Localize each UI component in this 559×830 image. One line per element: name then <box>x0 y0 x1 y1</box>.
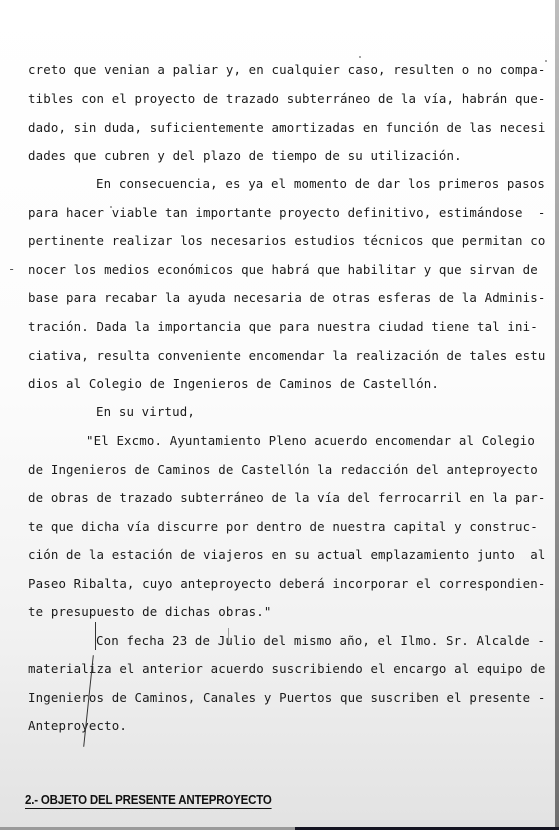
text-line: dades que cubren y del plazo de tiempo d… <box>28 148 462 164</box>
text-line: ción de la estación de viajeros en su ac… <box>28 547 545 563</box>
text-line: En su virtud, <box>96 404 195 420</box>
pencil-mark <box>228 628 229 644</box>
text-line: Ingenieros de Caminos, Canales y Puertos… <box>28 690 545 706</box>
text-line: nocer los medios económicos que habrá qu… <box>28 262 538 278</box>
text-line: dado, sin duda, suficientemente amortiza… <box>28 120 545 136</box>
text-line: materializa el anterior acuerdo suscribi… <box>28 661 545 677</box>
text-line: "El Excmo. Ayuntamiento Pleno acuerdo en… <box>86 433 535 449</box>
text-line: En consecuencia, es ya el momento de dar… <box>96 176 545 192</box>
text-line: para hacer viable tan importante proyect… <box>28 205 545 221</box>
text-line: de Ingenieros de Caminos de Castellón la… <box>28 462 538 478</box>
text-line: de obras de trazado subterráneo de la ví… <box>28 490 545 506</box>
text-line: Paseo Ribalta, cuyo anteproyecto deberá … <box>28 576 545 592</box>
text-line: Anteproyecto. <box>28 718 127 734</box>
text-line: Con fecha 23 de Julio del mismo año, el … <box>96 633 545 649</box>
text-line: dios al Colegio de Ingenieros de Caminos… <box>28 376 439 392</box>
text-line: creto que venian a paliar y, en cualquie… <box>28 62 545 78</box>
text-line: tibles con el proyecto de trazado subter… <box>28 91 545 107</box>
scan-speck <box>359 56 361 58</box>
text-line: ciativa, resulta conveniente encomendar … <box>28 348 545 364</box>
margin-dash-mark: - <box>8 262 15 276</box>
scan-speck <box>110 206 112 208</box>
text-line: te que dicha vía discurre por dentro de … <box>28 519 538 535</box>
text-line: pertinente realizar los necesarios estud… <box>28 233 545 249</box>
pencil-mark <box>95 622 96 650</box>
scan-speck <box>545 60 547 62</box>
page-edge-shadow <box>555 0 559 830</box>
scanned-document-page: creto que venian a paliar y, en cualquie… <box>0 0 559 830</box>
section-heading: 2.- OBJETO DEL PRESENTE ANTEPROYECTO <box>25 793 272 809</box>
text-line: te presupuesto de dichas obras." <box>28 604 272 620</box>
text-line: base para recabar la ayuda necesaria de … <box>28 290 545 306</box>
text-line: tración. Dada la importancia que para nu… <box>28 319 538 335</box>
